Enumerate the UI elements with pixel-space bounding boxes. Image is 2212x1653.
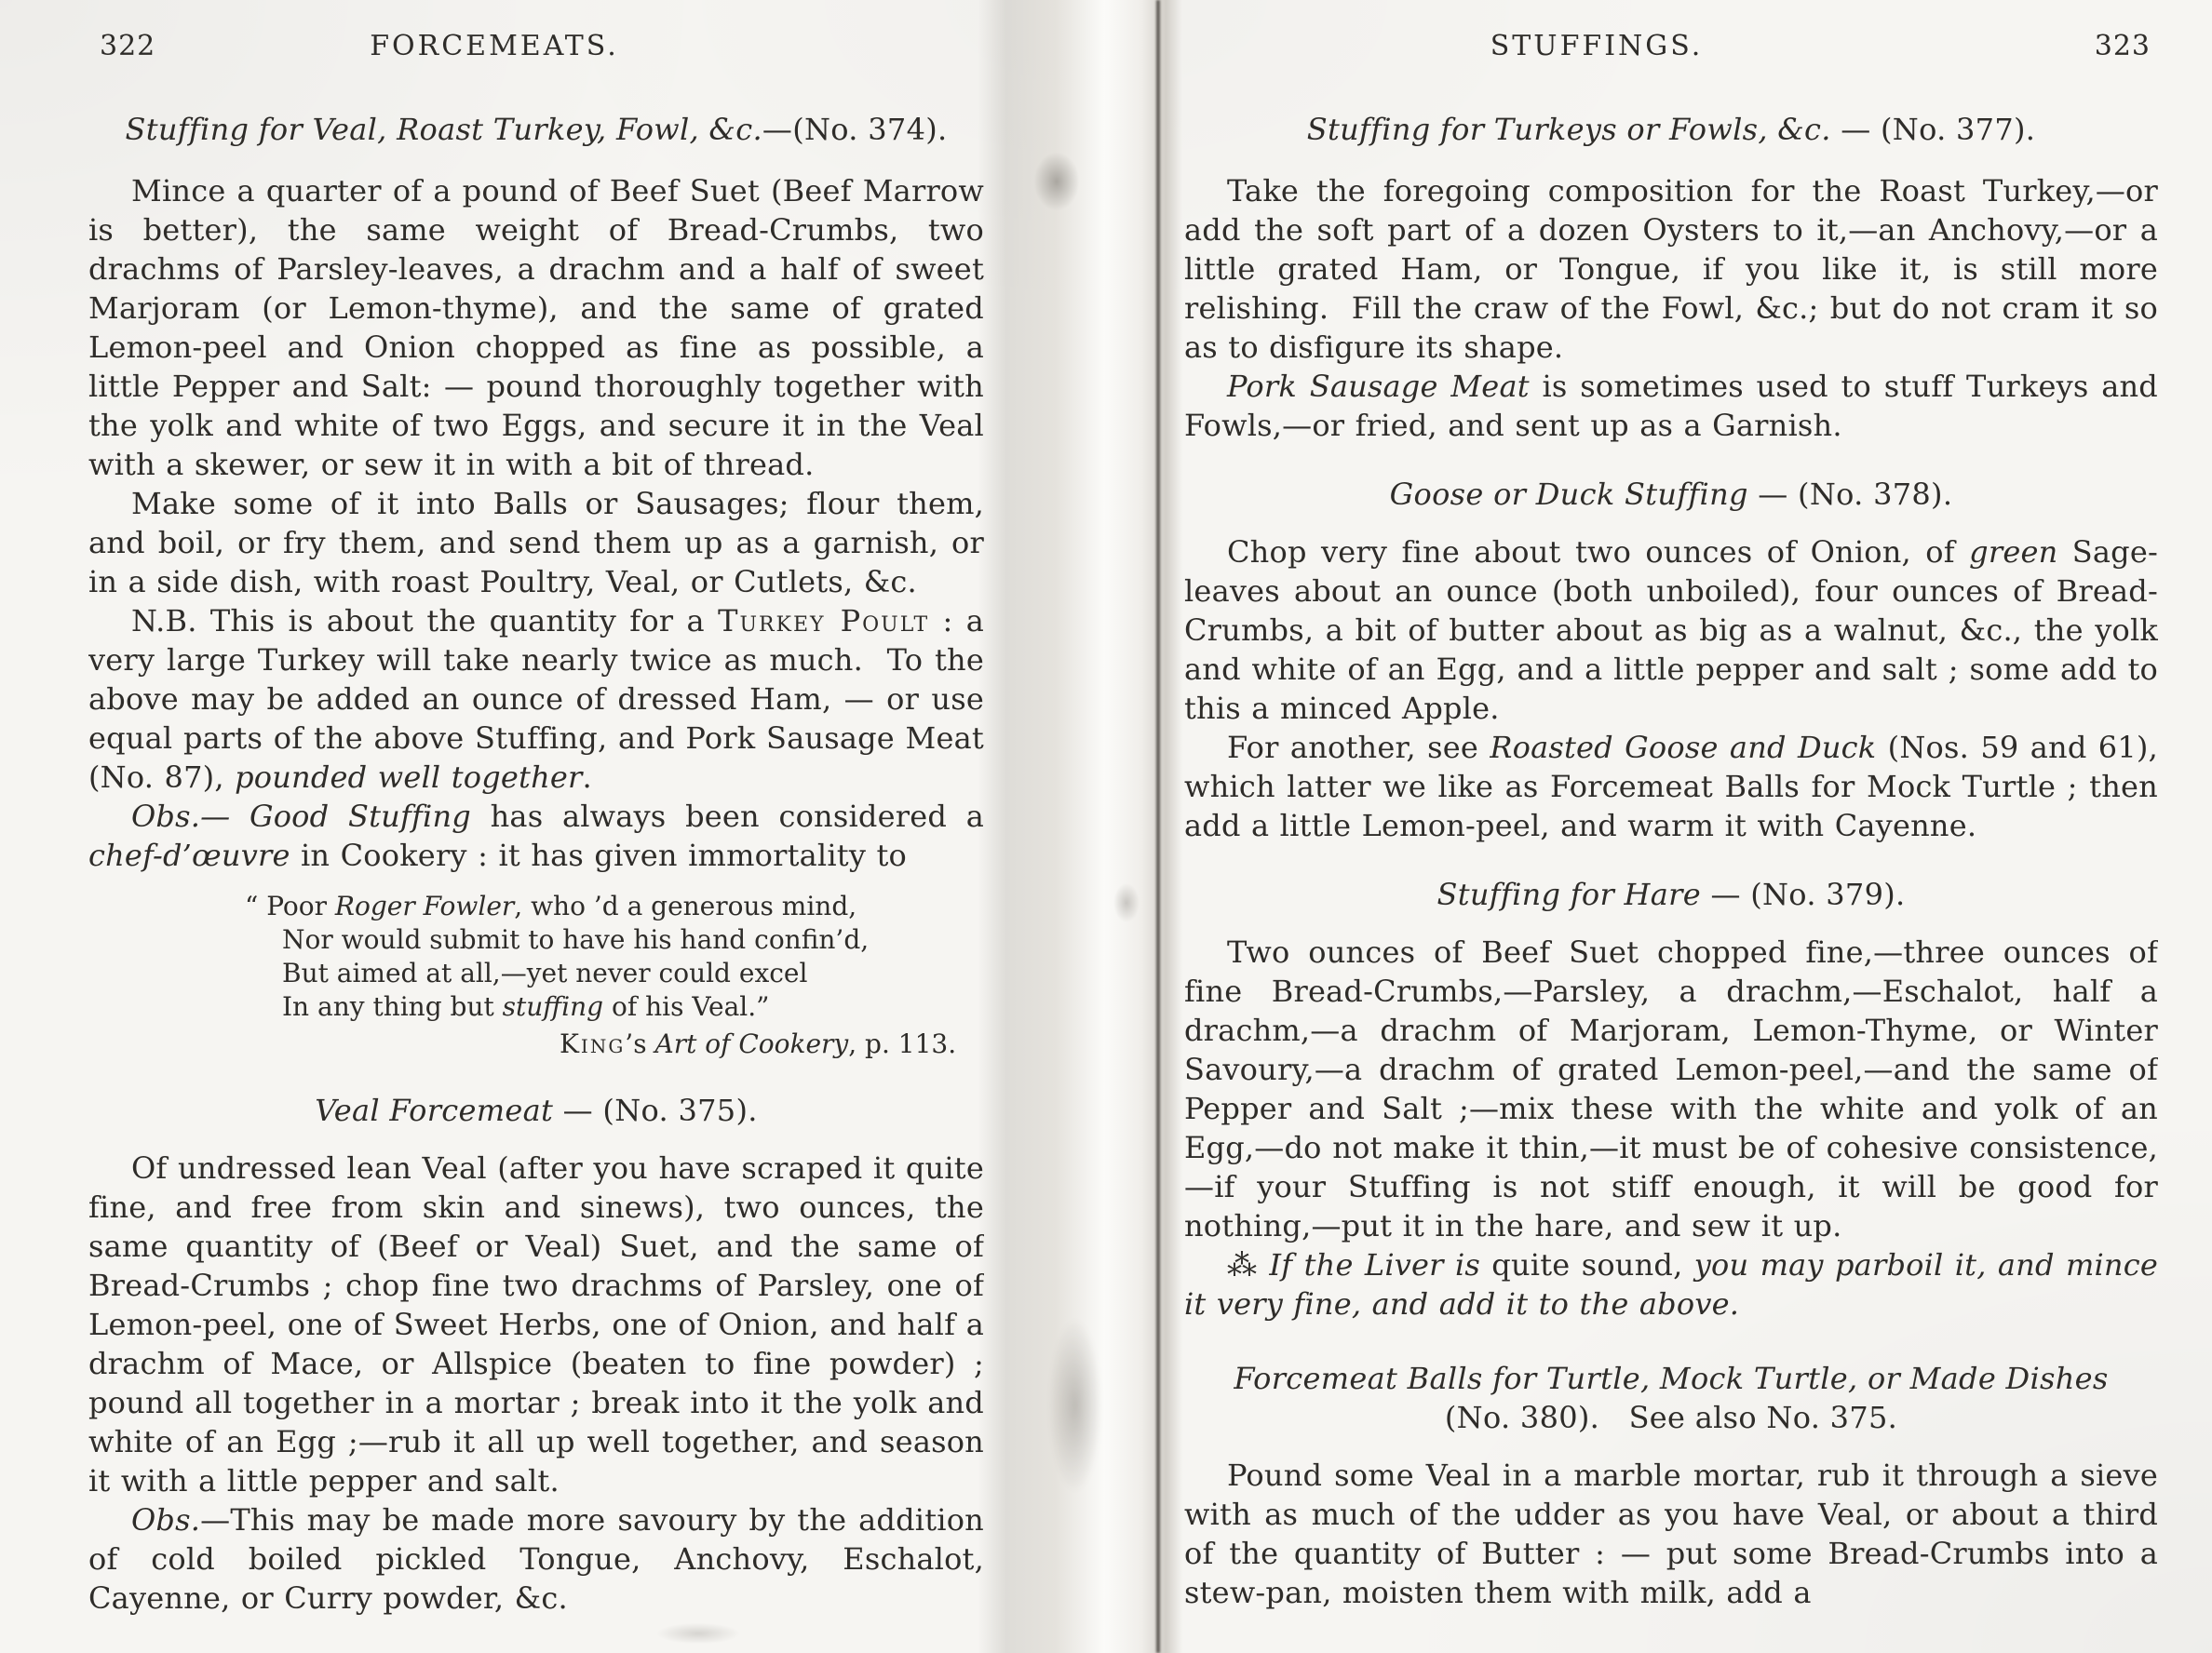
running-head-left: FORCEMEATS. (88, 30, 900, 62)
heading-no-374: Stuffing for Veal, Roast Turkey, Fowl, &… (88, 112, 984, 147)
page-gutter-shadow (978, 0, 1182, 1653)
book-spread: 322 FORCEMEATS. Stuffing for Veal, Roast… (0, 0, 2212, 1653)
verse-line-1: “ Poor Roger Fowler, who ’d a generous m… (245, 890, 984, 923)
heading-no-377: Stuffing for Turkeys or Fowls, &c. — (No… (1184, 112, 2158, 147)
heading-no-380-line1: Forcemeat Balls for Turtle, Mock Turtle,… (1184, 1361, 2158, 1396)
verse-quote: “ Poor Roger Fowler, who ’d a generous m… (245, 890, 984, 1061)
paragraph-374-3: N.B. This is about the quantity for a Tu… (88, 601, 984, 797)
heading-no-375: Veal Forcemeat — (No. 375). (88, 1093, 984, 1128)
paragraph-377-2: Pork Sausage Meat is sometimes used to s… (1184, 367, 2158, 445)
paragraph-375-2: Obs.—This may be made more savoury by th… (88, 1500, 984, 1618)
paragraph-374-4: Obs.— Good Stuffing has always been cons… (88, 797, 984, 875)
verse-line-2: Nor would submit to have his hand confin… (245, 923, 984, 957)
page-number-right: 323 (2095, 30, 2151, 62)
paragraph-378-2: For another, see Roasted Goose and Duck … (1184, 728, 2158, 845)
verse-attribution: King’s Art of Cookery, p. 113. (245, 1028, 984, 1061)
paragraph-378-1: Chop very fine about two ounces of Onion… (1184, 532, 2158, 728)
gutter-crease-line (1156, 0, 1160, 1653)
heading-no-380-line2: (No. 380). See also No. 375. (1184, 1400, 2158, 1435)
heading-no-378: Goose or Duck Stuffing — (No. 378). (1184, 477, 2158, 512)
running-head-right: STUFFINGS. (1184, 30, 2009, 62)
page-header-right: STUFFINGS. 323 (1184, 28, 2158, 69)
paragraph-379-note: ⁂ If the Liver is quite sound, you may p… (1184, 1245, 2158, 1324)
heading-no-379: Stuffing for Hare — (No. 379). (1184, 877, 2158, 912)
verse-line-4: In any thing but stuffing of his Veal.” (245, 990, 984, 1024)
paragraph-379-1: Two ounces of Beef Suet chopped fine,—th… (1184, 933, 2158, 1245)
paragraph-375-1: Of undressed lean Veal (after you have s… (88, 1149, 984, 1500)
paragraph-374-2: Make some of it into Balls or Sausages; … (88, 484, 984, 601)
paragraph-380-1: Pound some Veal in a marble mortar, rub … (1184, 1456, 2158, 1612)
page-left: 322 FORCEMEATS. Stuffing for Veal, Roast… (88, 0, 984, 1653)
page-header-left: 322 FORCEMEATS. (88, 28, 984, 69)
paragraph-377-1: Take the foregoing composition for the R… (1184, 171, 2158, 367)
verse-line-3: But aimed at all,—yet never could excel (245, 957, 984, 990)
page-right: STUFFINGS. 323 Stuffing for Turkeys or F… (1184, 0, 2158, 1653)
paragraph-374-1: Mince a quarter of a pound of Beef Suet … (88, 171, 984, 484)
